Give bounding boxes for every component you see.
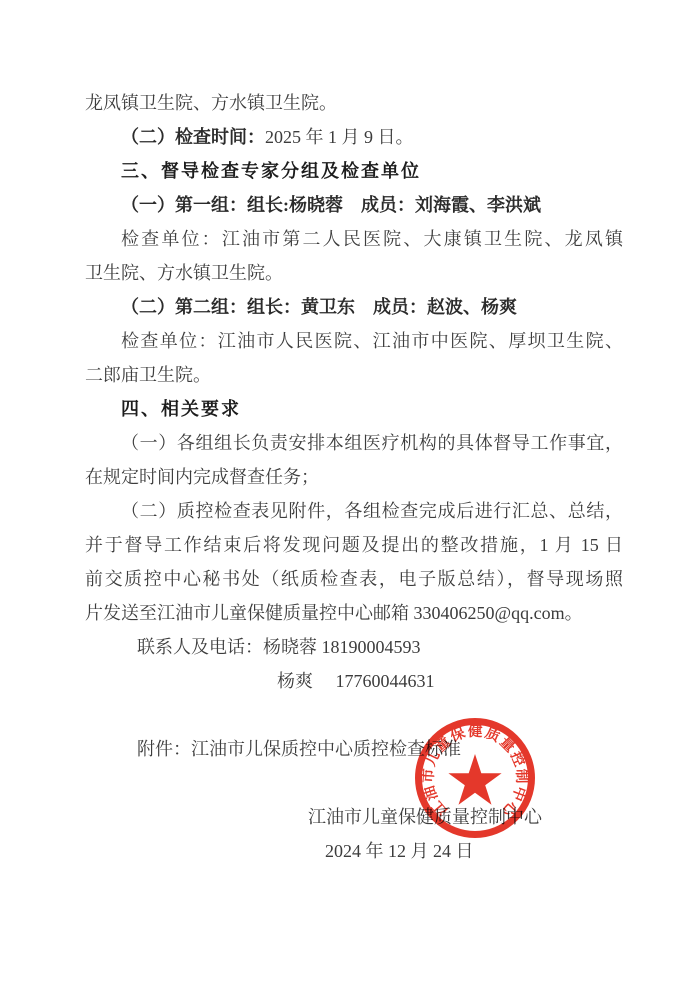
- line-signature-date: 2024 年 12 月 24 日: [85, 834, 623, 868]
- blank-line-2: [85, 766, 623, 800]
- line-group-one-units-continued: 卫生院、方水镇卫生院。: [85, 256, 623, 290]
- line-requirement-two-continued-1: 并于督导工作结束后将发现问题及提出的整改措施，1 月 15 日: [85, 528, 623, 562]
- line-group-two: （二）第二组：组长：黄卫东 成员：赵波、杨爽: [85, 290, 623, 324]
- inspection-time-value: 2025 年 1 月 9 日。: [265, 127, 414, 147]
- line-contact-person-1: 联系人及电话：杨晓蓉 18190004593: [85, 630, 623, 664]
- line-group-two-units-continued: 二郎庙卫生院。: [85, 358, 623, 392]
- heading-section-four: 四、相关要求: [85, 392, 623, 426]
- line-group-two-units: 检查单位：江油市人民医院、江油市中医院、厚坝卫生院、: [85, 324, 623, 358]
- line-attachment: 附件：江油市儿保质控中心质控检查标准: [85, 732, 623, 766]
- line-requirement-one: （一）各组组长负责安排本组医疗机构的具体督导工作事宜，: [85, 426, 623, 460]
- line-group-one-units: 检查单位：江油市第二人民医院、大康镇卫生院、龙凤镇: [85, 222, 623, 256]
- line-inspection-time: （二）检查时间：2025 年 1 月 9 日。: [85, 120, 623, 154]
- line-requirement-two: （二）质控检查表见附件，各组检查完成后进行汇总、总结，: [85, 494, 623, 528]
- line-requirement-two-continued-3: 片发送至江油市儿童保健质量控中心邮箱 330406250@qq.com。: [85, 596, 623, 630]
- line-group-one: （一）第一组：组长:杨晓蓉 成员：刘海霞、李洪斌: [85, 188, 623, 222]
- line-signature-org: 江油市儿童保健质量控制中心: [85, 800, 623, 834]
- heading-section-three: 三、督导检查专家分组及检查单位: [85, 154, 623, 188]
- line-hospitals-continued: 龙凤镇卫生院、方水镇卫生院。: [85, 86, 623, 120]
- blank-line-1: [85, 698, 623, 732]
- inspection-time-label: （二）检查时间：: [121, 127, 265, 147]
- document-page: 龙凤镇卫生院、方水镇卫生院。 （二）检查时间：2025 年 1 月 9 日。 三…: [0, 0, 700, 990]
- line-contact-person-2: 杨爽 17760044631: [85, 664, 623, 698]
- line-requirement-two-continued-2: 前交质控中心秘书处（纸质检查表，电子版总结），督导现场照: [85, 562, 623, 596]
- line-requirement-one-continued: 在规定时间内完成督查任务；: [85, 460, 623, 494]
